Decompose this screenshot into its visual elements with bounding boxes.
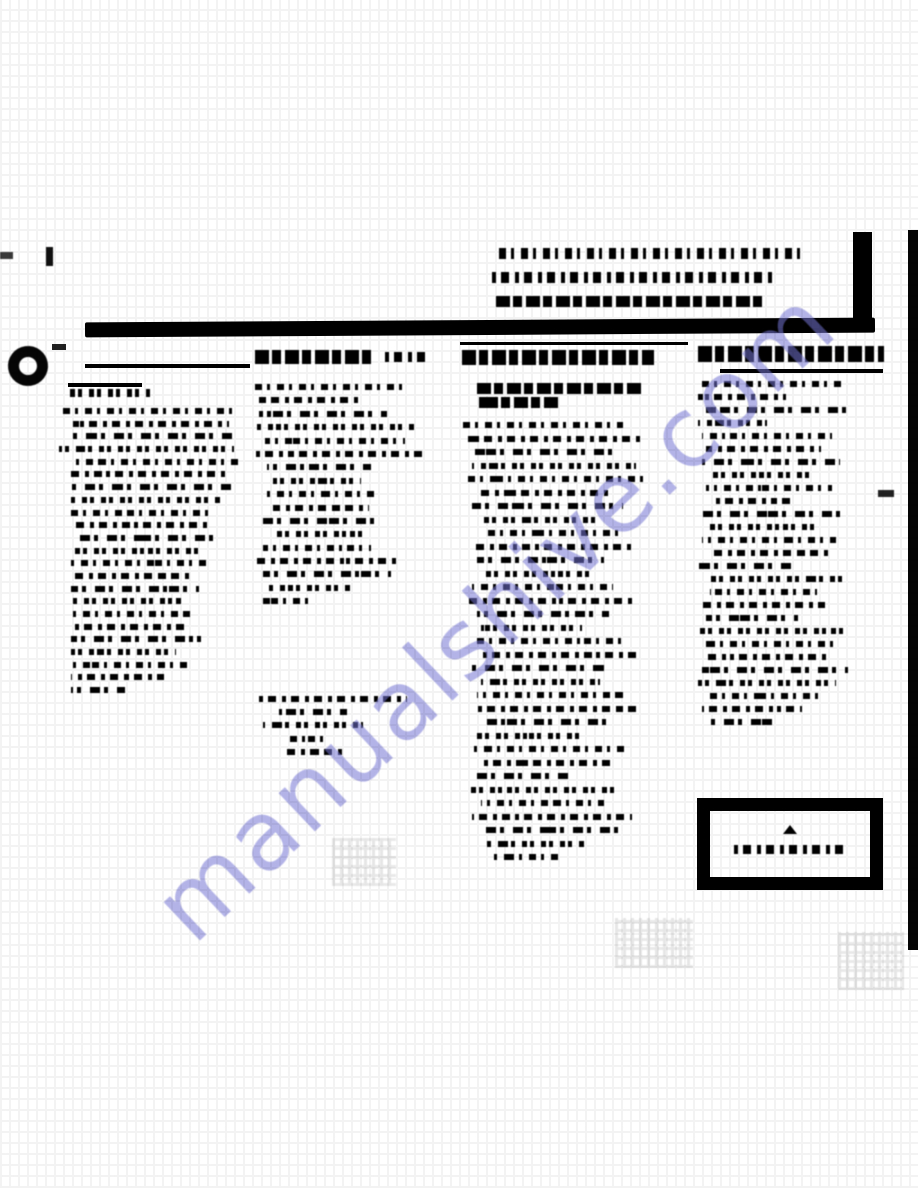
illegible-text-line <box>71 510 215 516</box>
column1-subheading-underline <box>68 383 142 387</box>
column1-subheading-illegible <box>70 389 150 397</box>
left-header-suffix-illegible <box>385 352 427 362</box>
illegible-text-line <box>481 760 613 766</box>
continued-label-illegible <box>734 845 846 854</box>
illegible-text-line <box>477 733 586 739</box>
illegible-text-line <box>702 641 836 647</box>
illegible-text-line <box>71 560 211 566</box>
illegible-text-line <box>698 563 794 569</box>
illegible-text-line <box>267 464 371 470</box>
middle-header-title-illegible <box>462 350 654 365</box>
illegible-text-line <box>477 827 618 833</box>
illegible-text-line <box>71 535 213 541</box>
illegible-text-line <box>273 478 361 484</box>
left-header-title-illegible <box>255 350 375 364</box>
illegible-text-line <box>481 800 604 806</box>
illegible-text-line <box>63 408 235 414</box>
illegible-text-line <box>73 433 237 439</box>
illegible-text-line <box>71 497 223 503</box>
illegible-text-line <box>263 598 315 604</box>
illegible-text-line <box>463 422 623 428</box>
banner-line-illegible <box>496 296 764 307</box>
illegible-text-line <box>472 814 632 820</box>
section-number-dash <box>52 344 66 350</box>
left-header-leader-line <box>85 364 250 368</box>
page-edge-rule <box>908 230 918 950</box>
illegible-text-line <box>255 397 359 403</box>
illegible-text-line <box>267 491 379 497</box>
illegible-text-line <box>255 558 399 564</box>
illegible-text-line <box>259 411 387 417</box>
illegible-text-line <box>468 787 618 793</box>
illegible-text-line <box>472 746 627 752</box>
illegible-text-line <box>706 576 844 582</box>
illegible-text-line <box>706 693 821 699</box>
illegible-text-line <box>73 421 229 427</box>
illegible-text-line <box>71 624 186 630</box>
scan-artifact-tick <box>46 247 53 266</box>
banner-line-illegible <box>499 248 802 259</box>
illegible-text-line <box>710 589 818 595</box>
illegible-text-line <box>71 522 208 528</box>
scanned-manual-page: manualshive.com <box>0 0 918 1188</box>
illegible-text-line <box>71 548 202 554</box>
illegible-text-line <box>71 611 194 617</box>
illegible-text-line <box>255 424 415 430</box>
banner-right-border <box>853 232 872 330</box>
banner-line-illegible <box>492 272 774 283</box>
illegible-text-line <box>265 438 405 444</box>
illegible-text-line <box>477 773 568 779</box>
illegible-text-line <box>472 706 636 712</box>
illegible-text-line <box>71 573 190 579</box>
illegible-text-line <box>255 451 427 457</box>
illegible-text-line <box>481 719 609 725</box>
illegible-text-line <box>71 636 202 642</box>
illegible-text-line <box>710 550 829 556</box>
illegible-text-line <box>71 459 239 465</box>
illegible-text-line <box>710 719 775 725</box>
illegible-text-line <box>273 505 369 511</box>
illegible-text-line <box>706 524 817 530</box>
illegible-text-line <box>71 586 200 592</box>
illegible-text-line <box>263 545 371 551</box>
illegible-text-line <box>710 498 791 504</box>
text-column-1 <box>55 408 250 700</box>
illegible-text-line <box>698 511 844 517</box>
illegible-heading-line <box>477 383 641 394</box>
illegible-text-line <box>706 615 798 621</box>
illegible-text-line <box>255 384 407 390</box>
illegible-text-line <box>263 571 391 577</box>
illegible-text-line <box>267 585 351 591</box>
illegible-text-line <box>71 662 190 668</box>
illegible-text-line <box>71 687 126 693</box>
middle-header-top-rule <box>460 342 688 345</box>
illegible-text-line <box>698 628 848 634</box>
illegible-text-line <box>702 602 829 608</box>
caret-up-icon <box>783 825 797 834</box>
illegible-text-line <box>477 692 623 698</box>
illegible-text-line <box>706 654 829 660</box>
illegible-text-line <box>486 841 586 847</box>
illegible-text-line <box>59 446 235 452</box>
continued-box <box>697 798 883 890</box>
illegible-text-line <box>71 598 182 604</box>
illegible-heading-line <box>477 397 559 408</box>
illegible-text-line <box>273 531 365 537</box>
scan-noise-patch <box>838 932 904 990</box>
illegible-text-line <box>706 485 833 491</box>
scan-noise-patch <box>332 838 396 886</box>
illegible-text-line <box>71 674 165 680</box>
illegible-text-line <box>698 680 836 686</box>
illegible-text-line <box>702 667 848 673</box>
illegible-text-line <box>259 518 379 524</box>
scan-artifact-dash <box>0 252 13 259</box>
scan-noise-patch <box>615 918 693 968</box>
illegible-text-line <box>702 537 836 543</box>
illegible-text-line <box>71 484 235 490</box>
illegible-text-line <box>71 471 231 477</box>
illegible-text-line <box>71 649 176 655</box>
section-number-zero-icon <box>5 343 50 388</box>
illegible-text-line <box>490 854 558 860</box>
illegible-text-line <box>702 706 802 712</box>
